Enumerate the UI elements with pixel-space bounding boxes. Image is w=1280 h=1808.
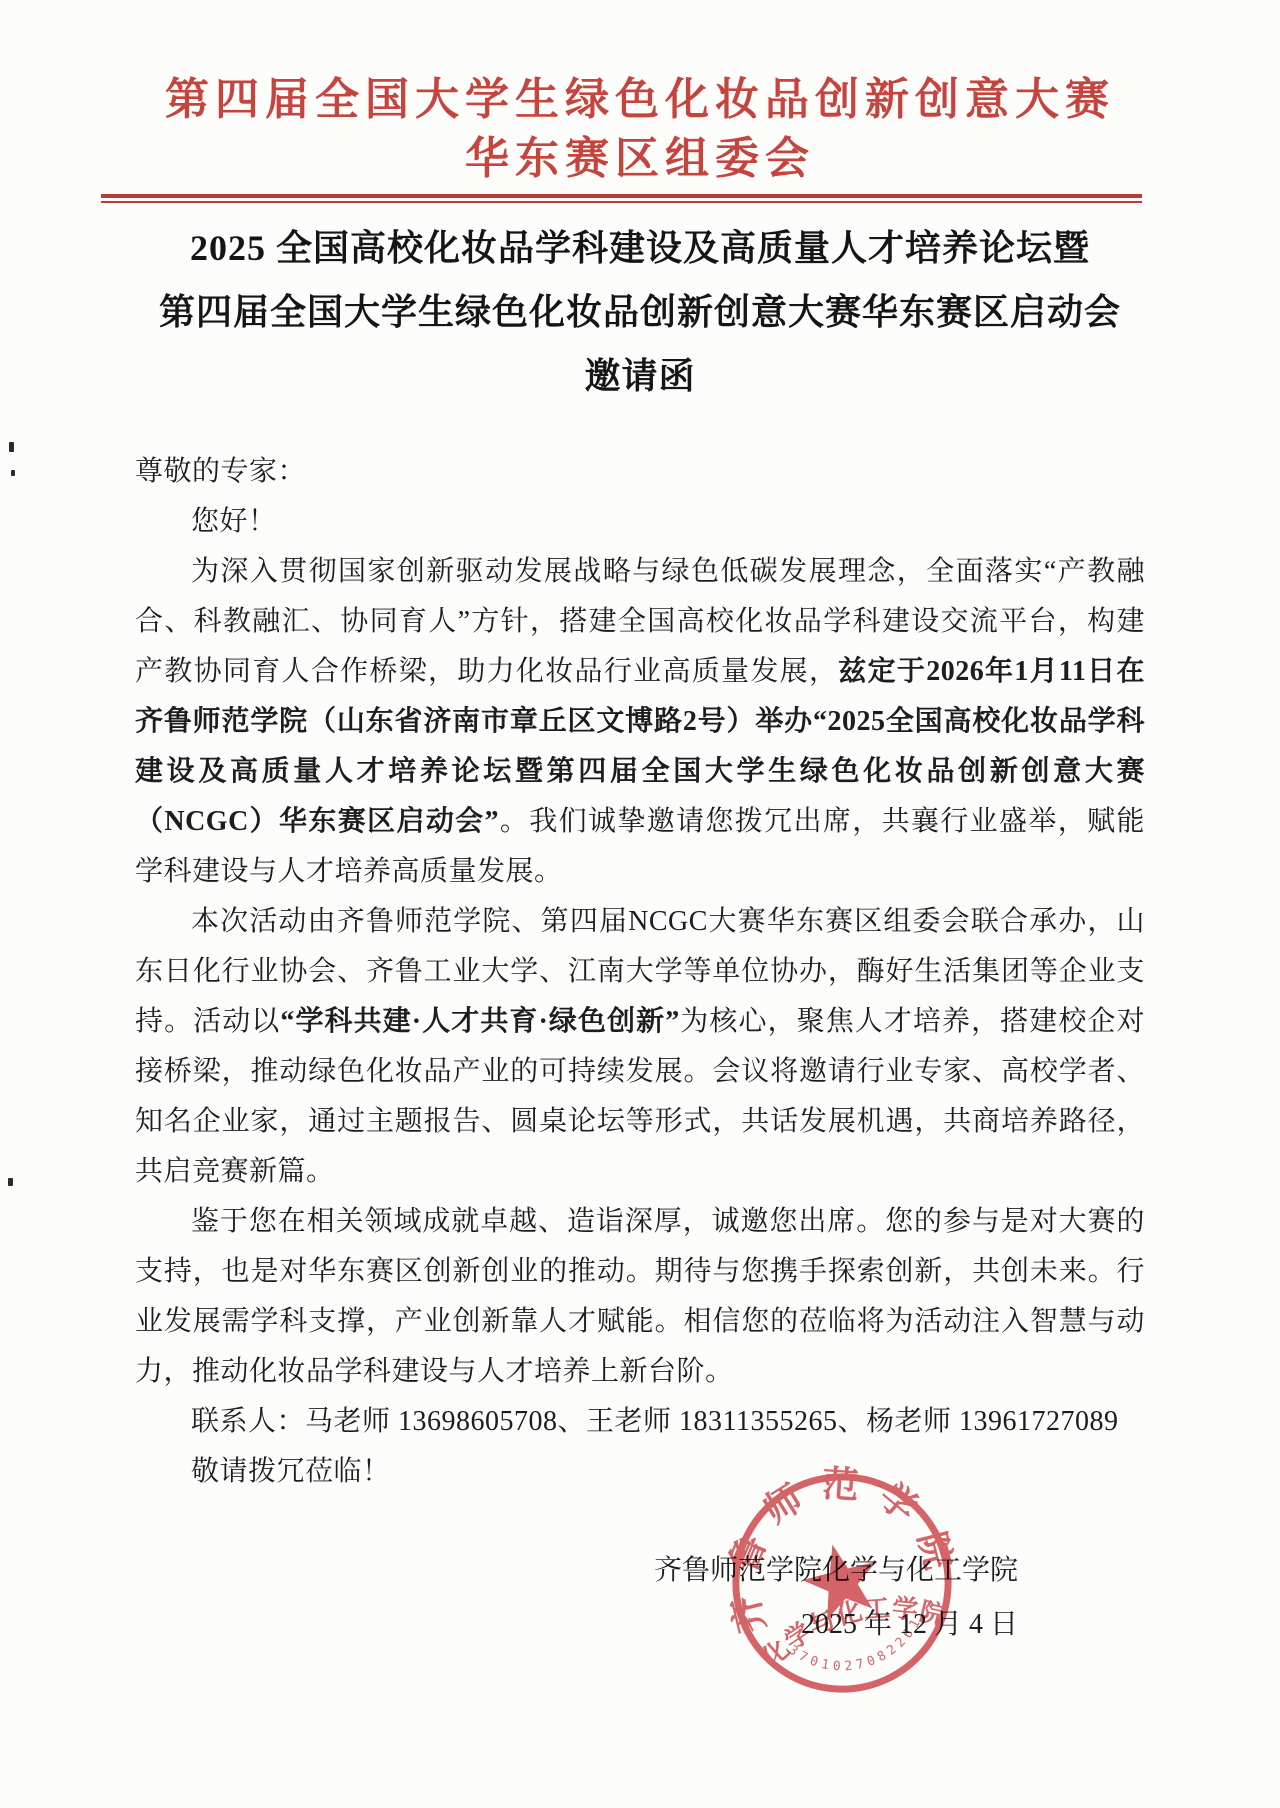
signature-block: 齐鲁师范学院化学与化工学院 2025 年 12 月 4 日	[654, 1544, 1018, 1652]
salutation: 尊敬的专家：	[135, 447, 1145, 497]
header-divider-top-bar	[101, 194, 1142, 198]
closing-line: 敬请拨冗莅临！	[135, 1447, 1145, 1497]
letter-body: 尊敬的专家： 您好！ 为深入贯彻国家创新驱动发展战略与绿色低碳发展理念，全面落实…	[135, 447, 1145, 1497]
scan-speck	[9, 442, 14, 452]
scan-speck	[8, 1178, 13, 1186]
committee-header: 第四届全国大学生绿色化妆品创新创意大赛 华东赛区组委会	[0, 70, 1280, 188]
text-run: 鉴于您在相关领域成就卓越、造诣深厚，诚邀您出席。您的参与是对大赛的支持，也是对华…	[135, 1206, 1145, 1387]
committee-header-line2: 华东赛区组委会	[0, 129, 1280, 188]
paragraph-event: 为深入贯彻国家创新驱动发展战略与绿色低碳发展理念，全面落实“产教融合、科教融汇、…	[135, 547, 1145, 897]
document-title-line2: 第四届全国大学生绿色化妆品创新创意大赛华东赛区启动会	[60, 280, 1220, 344]
paragraph-invitation: 鉴于您在相关领域成就卓越、造诣深厚，诚邀您出席。您的参与是对大赛的支持，也是对华…	[135, 1197, 1145, 1397]
greeting: 您好！	[135, 497, 1145, 547]
text-run-bold: “学科共建·人才共育·绿色创新”	[280, 1006, 679, 1037]
committee-header-line1: 第四届全国大学生绿色化妆品创新创意大赛	[0, 70, 1280, 129]
paragraph-organizers: 本次活动由齐鲁师范学院、第四届NCGC大赛华东赛区组委会联合承办，山东日化行业协…	[135, 897, 1145, 1197]
signature-date: 2025 年 12 月 4 日	[654, 1598, 1018, 1652]
invitation-letter-page: 第四届全国大学生绿色化妆品创新创意大赛 华东赛区组委会 2025 全国高校化妆品…	[0, 0, 1280, 1808]
header-divider	[101, 194, 1142, 203]
header-divider-bottom-bar	[101, 201, 1142, 203]
contact-line: 联系人：马老师 13698605708、王老师 18311355265、杨老师 …	[135, 1397, 1145, 1447]
signature-org: 齐鲁师范学院化学与化工学院	[654, 1544, 1018, 1598]
document-title: 2025 全国高校化妆品学科建设及高质量人才培养论坛暨 第四届全国大学生绿色化妆…	[60, 216, 1220, 408]
scan-speck	[11, 470, 15, 476]
document-title-line1: 2025 全国高校化妆品学科建设及高质量人才培养论坛暨	[60, 216, 1220, 280]
document-title-line3: 邀请函	[60, 344, 1220, 408]
